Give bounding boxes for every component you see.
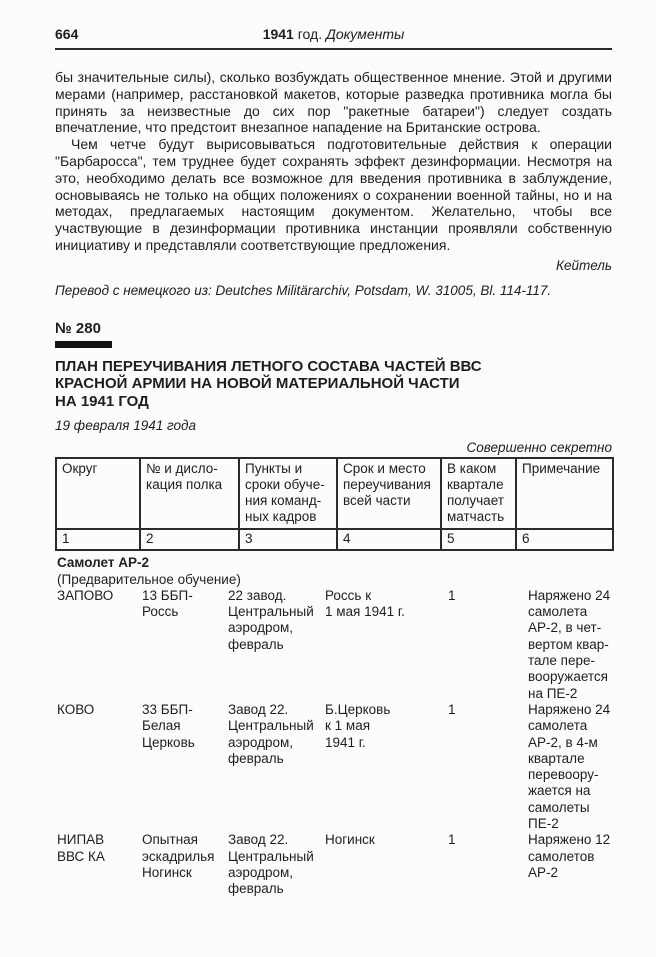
table-column-numbers-row: 1 2 3 4 5 6 bbox=[56, 529, 613, 550]
cell-quarter: 1 bbox=[448, 832, 528, 897]
cell-okrug: ЗАПОВО bbox=[57, 588, 142, 702]
column-number: 6 bbox=[516, 529, 613, 550]
page-number: 664 bbox=[55, 26, 78, 43]
document-title: ПЛАН ПЕРЕУЧИВАНИЯ ЛЕТНОГО СОСТАВА ЧАСТЕЙ… bbox=[55, 358, 612, 411]
running-title-year: 1941 bbox=[263, 26, 294, 42]
paragraph-2: Чем четче будут вырисовываться подготови… bbox=[55, 136, 612, 254]
cell-retraining: Россь к 1 мая 1941 г. bbox=[325, 588, 448, 702]
cell-quarter: 1 bbox=[448, 588, 528, 702]
plan-table-header: Округ № и дисло- кация полка Пункты и ср… bbox=[55, 457, 614, 551]
table-header-row: Округ № и дисло- кация полка Пункты и ср… bbox=[56, 458, 613, 529]
column-header-okrug: Округ bbox=[56, 458, 140, 529]
section-title: Самолет АР-2 bbox=[57, 555, 612, 571]
cell-retraining: Б.Церковь к 1 мая 1941 г. bbox=[325, 702, 448, 832]
cell-okrug: КОВО bbox=[57, 702, 142, 832]
cell-training-points: Завод 22. Центральный аэродром, февраль bbox=[228, 832, 325, 897]
cell-note: Наряжено 12 самолетов АР-2 bbox=[528, 832, 612, 897]
section-subtitle: (Предварительное обучение) bbox=[57, 572, 612, 588]
document-page: 664 1941 год. Документы бы значительные … bbox=[0, 0, 656, 957]
document-number-block: № 280 bbox=[55, 319, 612, 348]
cell-regiment: Опытная эскадрилья Ногинск bbox=[142, 832, 228, 897]
table-row: КОВО 33 ББП- Белая Церковь Завод 22. Цен… bbox=[57, 702, 612, 832]
column-number: 2 bbox=[140, 529, 239, 550]
cell-regiment: 33 ББП- Белая Церковь bbox=[142, 702, 228, 832]
cell-quarter: 1 bbox=[448, 702, 528, 832]
plan-table-body: Самолет АР-2 (Предварительное обучение) … bbox=[57, 555, 612, 897]
column-number: 4 bbox=[337, 529, 441, 550]
running-head: 664 1941 год. Документы bbox=[55, 26, 612, 50]
table-row: НИПАВ ВВС КА Опытная эскадрилья Ногинск … bbox=[57, 832, 612, 897]
cell-training-points: 22 завод. Центральный аэродром, февраль bbox=[228, 588, 325, 702]
signature: Кейтель bbox=[55, 258, 612, 273]
paragraph-1: бы значительные силы), сколько возбуждат… bbox=[55, 69, 612, 136]
column-header-quarter: В каком квартале получает матчасть bbox=[441, 458, 516, 529]
decorative-bar bbox=[55, 341, 112, 348]
classification-stamp: Совершенно секретно bbox=[55, 439, 612, 456]
running-title: 1941 год. Документы bbox=[263, 26, 405, 42]
cell-note: Наряжено 24 самолета АР-2, в 4-м квартал… bbox=[528, 702, 612, 832]
cell-training-points: Завод 22. Центральный аэродром, февраль bbox=[228, 702, 325, 832]
source-note: Перевод с немецкого из: Deutches Militär… bbox=[55, 282, 612, 299]
document-number: № 280 bbox=[55, 319, 101, 338]
running-title-series: Документы bbox=[326, 26, 404, 42]
cell-retraining: Ногинск bbox=[325, 832, 448, 897]
cell-okrug: НИПАВ ВВС КА bbox=[57, 832, 142, 897]
cell-regiment: 13 ББП- Россь bbox=[142, 588, 228, 702]
column-header-note: Примечание bbox=[516, 458, 613, 529]
column-header-regiment: № и дисло- кация полка bbox=[140, 458, 239, 529]
column-number: 3 bbox=[239, 529, 337, 550]
document-date: 19 февраля 1941 года bbox=[55, 417, 612, 434]
running-title-word: год. bbox=[294, 26, 326, 42]
column-number: 5 bbox=[441, 529, 516, 550]
column-header-training-points: Пункты и сроки обуче- ния команд- ных ка… bbox=[239, 458, 337, 529]
table-row: ЗАПОВО 13 ББП- Россь 22 завод. Центральн… bbox=[57, 588, 612, 702]
column-number: 1 bbox=[56, 529, 140, 550]
cell-note: Наряжено 24 самолета АР-2, в чет- вертом… bbox=[528, 588, 612, 702]
column-header-retraining: Срок и место переучивания всей части bbox=[337, 458, 441, 529]
